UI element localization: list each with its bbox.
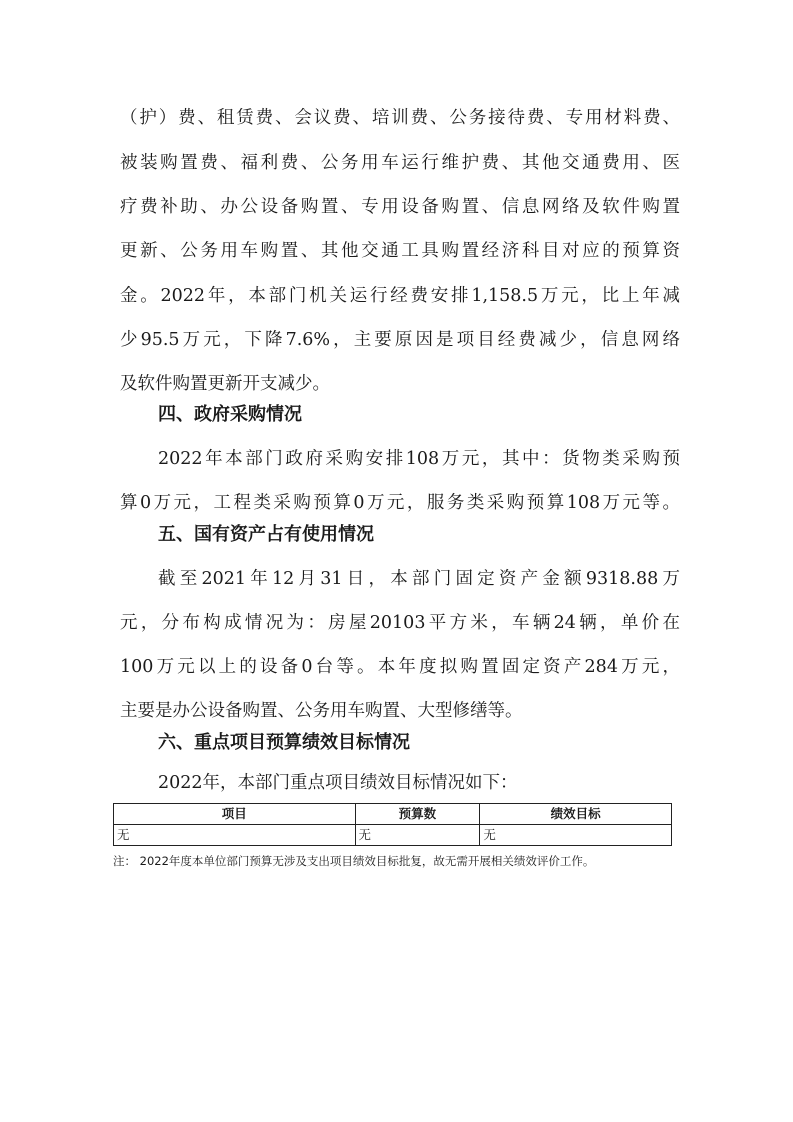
- paragraph-line: 疗费补助、办公设备购置、专用设备购置、信息网络及软件购置: [120, 196, 680, 218]
- table-cell: 无: [355, 825, 480, 846]
- section-heading-state-assets: 五、国有资产占有使用情况: [158, 524, 374, 546]
- paragraph-line: （护）费、租赁费、会议费、培训费、公务接待费、专用材料费、: [120, 107, 680, 129]
- column-header-project: 项目: [114, 804, 356, 825]
- paragraph-line: 2022年本部门政府采购安排108万元，其中：货物类采购预: [158, 448, 680, 470]
- column-header-performance-goal: 绩效目标: [480, 804, 672, 825]
- paragraph-line: 金。2022年，本部门机关运行经费安排1,158.5万元，比上年减: [120, 285, 680, 307]
- paragraph-line: 截至2021年12月31日，本部门固定资产金额9318.88万: [158, 568, 680, 590]
- table-intro: 2022年，本部门重点项目绩效目标情况如下：: [158, 772, 680, 794]
- paragraph-line: 及软件购置更新开支减少。: [120, 373, 680, 395]
- paragraph-line: 元，分布构成情况为：房屋20103平方米，车辆24辆，单价在: [120, 612, 680, 634]
- section-heading-performance-goals: 六、重点项目预算绩效目标情况: [158, 732, 410, 754]
- table-footnote: 注： 2022年度本单位部门预算无涉及支出项目绩效目标批复，故无需开展相关绩效评…: [113, 853, 594, 869]
- column-header-budget: 预算数: [355, 804, 480, 825]
- document-page: （护）费、租赁费、会议费、培训费、公务接待费、专用材料费、 被装购置费、福利费、…: [0, 0, 793, 1122]
- paragraph-line: 主要是办公设备购置、公务用车购置、大型修缮等。: [120, 700, 680, 722]
- paragraph-line: 更新、公务用车购置、其他交通工具购置经济科目对应的预算资: [120, 240, 680, 262]
- paragraph-line: 少95.5万元，下降7.6%，主要原因是项目经费减少，信息网络: [120, 329, 680, 351]
- paragraph-line: 被装购置费、福利费、公务用车运行维护费、其他交通费用、医: [120, 152, 680, 174]
- section-heading-procurement: 四、政府采购情况: [158, 404, 302, 426]
- table-cell: 无: [480, 825, 672, 846]
- table-header-row: 项目 预算数 绩效目标: [114, 804, 672, 825]
- performance-goals-table: 项目 预算数 绩效目标 无 无 无: [113, 803, 672, 846]
- paragraph-line: 100万元以上的设备0台等。本年度拟购置固定资产284万元，: [120, 656, 680, 678]
- table-row: 无 无 无: [114, 825, 672, 846]
- table-cell: 无: [114, 825, 356, 846]
- paragraph-line: 算0万元，工程类采购预算0万元，服务类采购预算108万元等。: [120, 492, 680, 514]
